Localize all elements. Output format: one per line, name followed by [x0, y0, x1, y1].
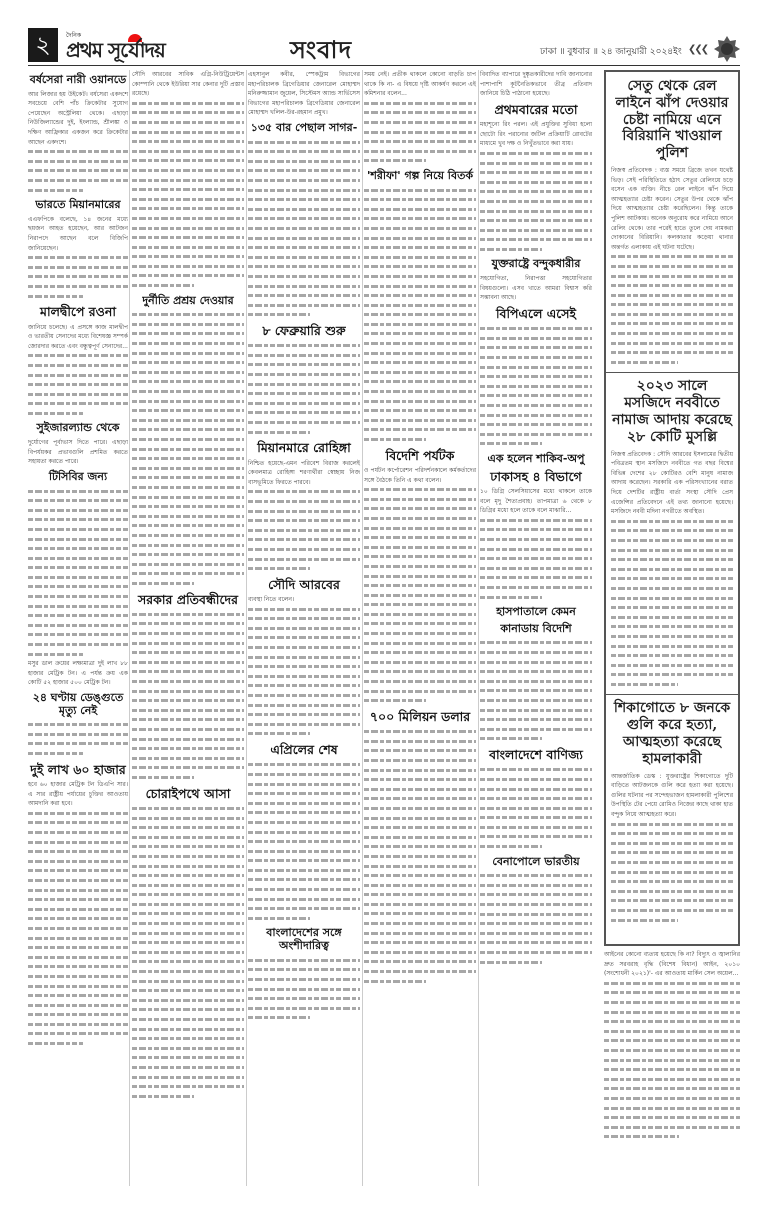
body-text [28, 809, 128, 1049]
article-lead: ও পর্যটন কর্পোরেশন পরিদর্শনকালে কর্মকর্ত… [364, 466, 476, 485]
headline: বাংলাদেশে বাণিজ্য [480, 748, 592, 762]
feature-body-2: নিজস্ব প্রতিবেদক : সৌদি আরবের ইসলামের দ্… [611, 450, 733, 517]
article-lead: সহযোগিতা, নিরাপত্তা সহযোগিতার বিষয়গুলো।… [480, 274, 592, 303]
article-lead: ১০ ডিগ্রি সেলসিয়াসের মধ্যে থাকলে তাকে ব… [480, 487, 592, 516]
article-lead: হবে ৬০ হাজার মেট্রিক টন ডিএপি সার। এ সার… [28, 780, 128, 809]
headline: যুক্তরাষ্ট্রে বন্দুকধারীর [480, 258, 592, 271]
body-text [248, 760, 360, 923]
headline: প্রথমবারের মতো [480, 103, 592, 117]
headline: বাংলাদেশের সঙ্গে অংশীদারিত্ব [248, 927, 360, 952]
body-text [611, 252, 733, 367]
star-ornament-icon [714, 36, 740, 62]
body-text [132, 804, 244, 1101]
body-text [248, 341, 360, 437]
feature-headline-2: ২০২৩ সালে মসজিদে নববীতে নামাজ আদায় করেছ… [611, 378, 733, 445]
article-lead: জানিয়ে চলেছে। এ প্রসঙ্গে কাজ মালদ্বীপ ও… [28, 323, 128, 352]
article-lead: এহসানুল কবীর, স্পেকট্রাম বিভাগের মহাপরিচ… [248, 70, 360, 118]
chevrons-left-icon: ❮❮❮ [688, 44, 707, 55]
headline: চোরাইপথে আসা [132, 787, 244, 801]
headline: সরকার প্রতিবন্ধীদের [132, 593, 244, 607]
headline: দুই লাখ ৬০ হাজার [28, 763, 128, 777]
feature-headline-1: সেতু থেকে রেল লাইনে ঝাঁপ দেওয়ার চেষ্টা … [611, 78, 733, 162]
body-text [248, 605, 360, 739]
body-text [480, 638, 592, 744]
headline: বর্ষসেরা নারী ওয়ানডে [28, 74, 128, 87]
body-text [28, 487, 128, 660]
body-text [480, 765, 592, 851]
feature-body-1: নিজস্ব প্রতিবেদক : ব্যস্ত সময়ে ব্রিজে ত… [611, 166, 733, 252]
page-number: ২ [28, 28, 58, 62]
headline: 'শরীফা' গল্প নিয়ে বিতর্ক [364, 170, 476, 183]
article-lead: দুর্যোগের পূর্বাভাস দিতে পারে। এছাড়া বি… [28, 438, 128, 467]
article-lead: সময় নেই। প্রতীক থাকলে কোনো বাড়তি চাপ থ… [364, 70, 476, 99]
body-text [28, 351, 128, 418]
body-text [611, 820, 733, 926]
headline: বিদেশি পর্যটক [364, 449, 476, 463]
body-text [248, 138, 360, 320]
newspaper-page: ২ দৈনিক প্রথম সূর্যোদয় সংবাদ ঢাকা ॥ বুধ… [28, 26, 740, 1186]
headline: মালদ্বীপে রওনা [28, 305, 128, 319]
headline: ৭০০ মিলিয়ন ডলার [364, 710, 476, 724]
body-text [480, 324, 592, 449]
body-text [132, 310, 244, 588]
column-2: সৌদি আরবের সাবিক এগ্রি-নিউট্রিয়েন্টস কো… [132, 70, 244, 1101]
body-text [28, 253, 128, 301]
body-text [28, 720, 128, 758]
headline: সৌদি আরবের [248, 578, 360, 592]
column-rule [246, 70, 247, 1186]
body-text [480, 516, 592, 602]
divider [606, 694, 738, 695]
column-rule [478, 70, 479, 1186]
divider [606, 372, 738, 373]
headline: ১৩৫ বার পেছাল সাগর- [248, 122, 360, 135]
column-3: এহসানুল কবীর, স্পেকট্রাম বিভাগের মহাপরিচ… [248, 70, 360, 1023]
column-rule [129, 70, 130, 1186]
body-text [132, 99, 244, 291]
headline: সুইজারল্যান্ড থেকে [28, 422, 128, 435]
body-text [132, 610, 244, 783]
headline: ৮ ফেব্রুয়ারি শুরু [248, 324, 360, 338]
article-lead: নিশ্চিত হয়েছে-এমন পরিবেশ বিরাজ করলেই কে… [248, 459, 360, 488]
brand-name: প্রথম সূর্যোদয় [66, 36, 165, 69]
headline: এপ্রিলের শেষ [248, 743, 360, 757]
article-lead: এএফপিকে বলেছে, ১৪ জনের মধ্যে ছয়জন আহত হ… [28, 215, 128, 253]
dateline: ঢাকা ॥ বুধবার ॥ ২৪ জানুয়ারী ২০২৪ইং [540, 44, 682, 59]
body-text [364, 186, 476, 445]
headline: বিপিএলে এসেই [480, 307, 592, 321]
headline: ঢাকাসহ ৪ বিভাগে [480, 470, 592, 484]
article-lead: বিবাদিত ব্যাপারে দুষ্কৃতকারীদের দাবি জান… [480, 70, 592, 99]
column-rule [362, 70, 363, 1186]
body-text [480, 871, 592, 967]
article-lead: ব্যবস্থা নিতে বলেন। [248, 595, 360, 605]
masthead: ২ দৈনিক প্রথম সূর্যোদয় সংবাদ ঢাকা ॥ বুধ… [28, 26, 740, 66]
article-lead: সৌদি আরবের সাবিক এগ্রি-নিউট্রিয়েন্টস কো… [132, 70, 244, 99]
body-text [480, 149, 592, 255]
bottom-right-continuation: আইনের কোনো ব্যত্যয় হয়েছে কি না? বিদ্যু… [604, 950, 740, 1142]
article-lead: আর লিজার হয় উইকেট। বর্ষসেরা একদশে সবচেয… [28, 90, 128, 148]
column-1: বর্ষসেরা নারী ওয়ানডে আর লিজার হয় উইকেট… [28, 70, 128, 1049]
body-text [364, 727, 476, 986]
body-text [364, 485, 476, 706]
headline: ভারতে মিয়ানমারের [28, 199, 128, 212]
article-lead: মসুর ডাল ক্রয়ের লক্ষ্যমাত্রা দুই লাখ ৮৮… [28, 659, 128, 688]
headline: মিয়ানমারে রোহিঙ্গা [248, 441, 360, 455]
section-title: সংবাদ [290, 32, 352, 72]
feature-body-3: আন্তর্জাতিক ডেস্ক : যুক্তরাষ্ট্রের শিকাগ… [611, 772, 733, 820]
headline: ২৪ ঘণ্টায় ডেঙ্গুতে মৃত্যু নেই [28, 692, 128, 717]
feature-headline-3: শিকাগোতে ৮ জনকে গুলি করে হত্যা, আত্মহত্য… [611, 700, 733, 767]
feature-box: সেতু থেকে রেল লাইনে ঝাঁপ দেওয়ার চেষ্টা … [604, 70, 740, 946]
headline: কানাডায় বিদেশি [480, 623, 592, 636]
body-text [28, 147, 128, 195]
headline: এক হলেন শাকিব-অপু [480, 453, 592, 466]
body-text [604, 979, 740, 1142]
column-5: বিবাদিত ব্যাপারে দুষ্কৃতকারীদের দাবি জান… [480, 70, 592, 967]
headline: হাসপাতালে কেমন [480, 606, 592, 619]
body-text [364, 99, 476, 166]
article-lead: মহাশূন্যে রিং পরল। এই প্রযুক্তির সুবিধা … [480, 120, 592, 149]
headline: টিসিবির জন্য [28, 471, 128, 484]
headline: বেনাপোলে ভারতীয় [480, 856, 592, 869]
body-text [611, 517, 733, 690]
article-lead: আইনের কোনো ব্যত্যয় হয়েছে কি না? বিদ্যু… [604, 950, 740, 979]
headline: দুর্নীতি প্রশ্রয় দেওয়ার [132, 295, 244, 308]
body-text [248, 956, 360, 1023]
body-text [248, 487, 360, 573]
column-4: সময় নেই। প্রতীক থাকলে কোনো বাড়তি চাপ থ… [364, 70, 476, 986]
